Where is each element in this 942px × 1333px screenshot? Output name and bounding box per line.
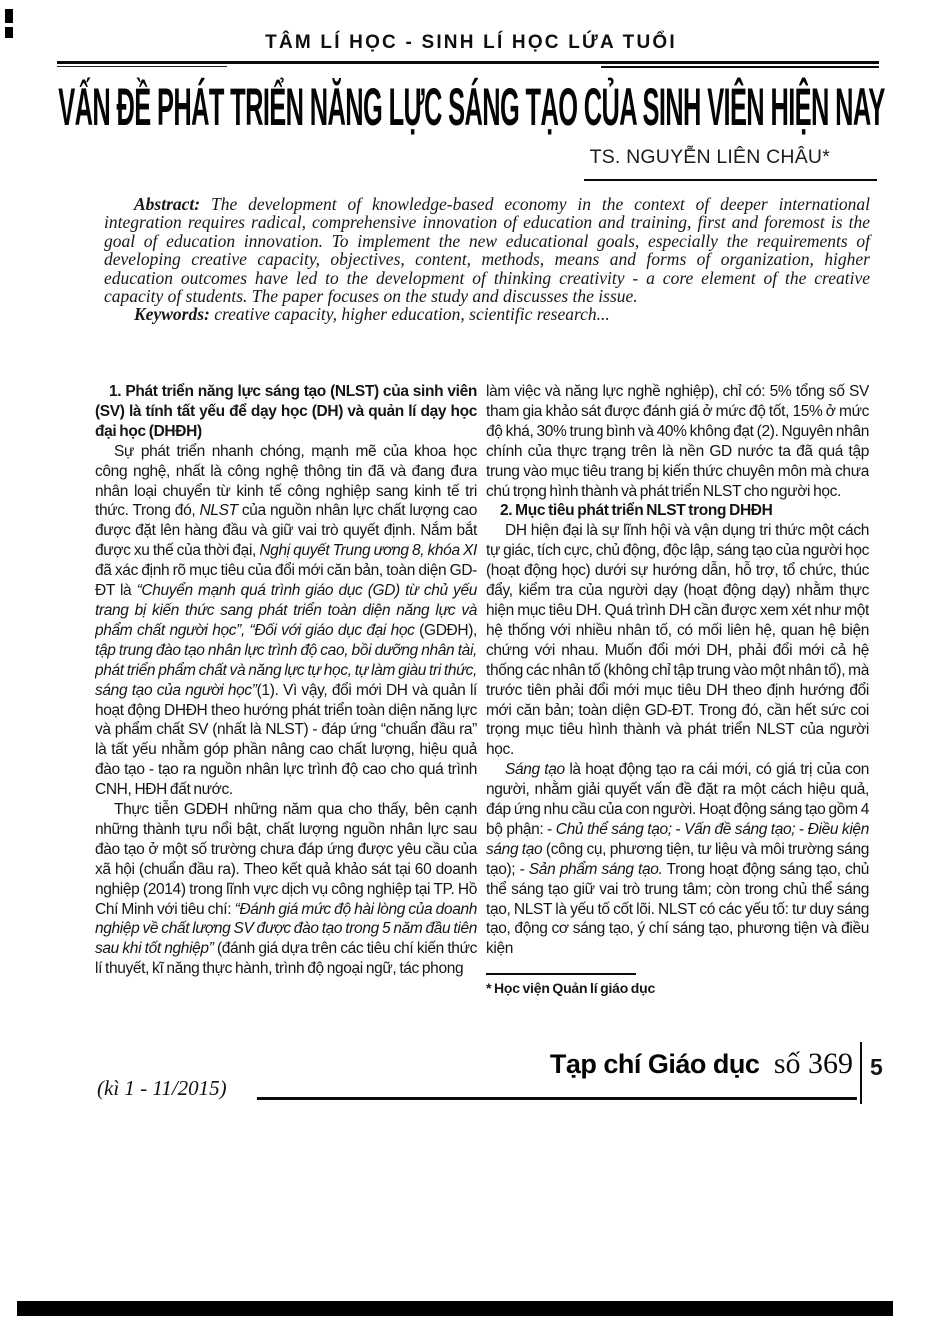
- footnote-text: * Học viện Quản lí giáo dục: [486, 979, 869, 999]
- article-body: 1. Phát triển năng lực sáng tạo (NLST) c…: [95, 382, 869, 1084]
- section-1-heading: 1. Phát triển năng lực sáng tạo (NLST) c…: [95, 382, 477, 442]
- paragraph: Sự phát triển nhanh chóng, mạnh mẽ của k…: [95, 442, 477, 800]
- header-rule-secondary: [601, 66, 879, 68]
- right-column: làm việc và năng lực nghề nghiệp), chỉ c…: [486, 382, 869, 1084]
- paragraph: Sáng tạo là hoạt động tạo ra cái mới, có…: [486, 760, 869, 959]
- paragraph: DH hiện đại là sự lĩnh hội và vận dụng t…: [486, 521, 869, 760]
- keywords-line: Keywords: creative capacity, higher educ…: [104, 305, 870, 323]
- author-footnote: * Học viện Quản lí giáo dục: [486, 973, 869, 999]
- paragraph: Thực tiễn GDĐH những năm qua cho thấy, b…: [95, 800, 477, 979]
- issue-number: số 369: [774, 1047, 853, 1080]
- header-rule-secondary: [57, 66, 227, 67]
- author-byline: TS. NGUYỄN LIÊN CHÂU*: [0, 146, 830, 169]
- paragraph-continuation: làm việc và năng lực nghề nghiệp), chỉ c…: [486, 382, 869, 501]
- header-rule: [57, 61, 879, 64]
- footnote-rule: [486, 973, 636, 975]
- scan-artifact-mark: [5, 9, 13, 23]
- footer-rule: [257, 1097, 857, 1100]
- abstract-block: Abstract: The development of knowledge-b…: [104, 195, 870, 324]
- abstract-paragraph: Abstract: The development of knowledge-b…: [104, 195, 870, 305]
- section-2-heading: 2. Mục tiêu phát triển NLST trong DHĐH: [486, 501, 869, 521]
- article-title: VẤN ĐỀ PHÁT TRIỂN NĂNG LỰC SÁNG TẠO CỦA …: [58, 76, 884, 137]
- category-header: TÂM LÍ HỌC - SINH LÍ HỌC LỨA TUỔI: [0, 32, 942, 54]
- page-number-rule: [860, 1042, 862, 1104]
- journal-line: Tạp chí Giáo dục số 369: [0, 1047, 853, 1081]
- author-rule: [584, 179, 877, 181]
- page-number: 5: [870, 1054, 883, 1081]
- journal-name: Tạp chí Giáo dục: [550, 1049, 760, 1079]
- journal-page: TÂM LÍ HỌC - SINH LÍ HỌC LỨA TUỔI VẤN ĐỀ…: [0, 0, 942, 1333]
- left-column: 1. Phát triển năng lực sáng tạo (NLST) c…: [95, 382, 477, 1084]
- bottom-scan-bar: [17, 1301, 893, 1316]
- article-title-wrap: VẤN ĐỀ PHÁT TRIỂN NĂNG LỰC SÁNG TẠO CỦA …: [0, 74, 942, 140]
